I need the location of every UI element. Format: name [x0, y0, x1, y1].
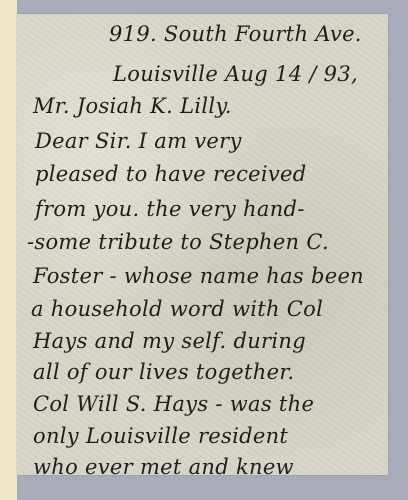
letter-line: only Louisville resident	[33, 426, 288, 447]
letter-place-date: Louisville Aug 14 / 93,	[113, 64, 358, 85]
letter-line: -some tribute to Stephen C.	[27, 232, 329, 253]
letter-line: who ever met and knew	[33, 457, 294, 478]
letter-line: Foster - whose name has been	[33, 266, 364, 287]
letter-line: Dear Sir. I am very	[35, 131, 242, 152]
letter-line: from you. the very hand-	[35, 199, 305, 220]
letter-line: Hays and my self. during	[33, 331, 306, 352]
left-margin-strip	[0, 0, 17, 500]
letter-recipient: Mr. Josiah K. Lilly.	[33, 96, 232, 117]
letter-address: 919. South Fourth Ave.	[109, 24, 362, 45]
letter-line: pleased to have received	[35, 164, 307, 185]
letter-line: Col Will S. Hays - was the	[33, 394, 314, 415]
letter-line: a household word with Col	[31, 299, 323, 320]
letter-page: 919. South Fourth Ave. Louisville Aug 14…	[17, 14, 388, 475]
letter-line: all of our lives together.	[33, 362, 294, 383]
